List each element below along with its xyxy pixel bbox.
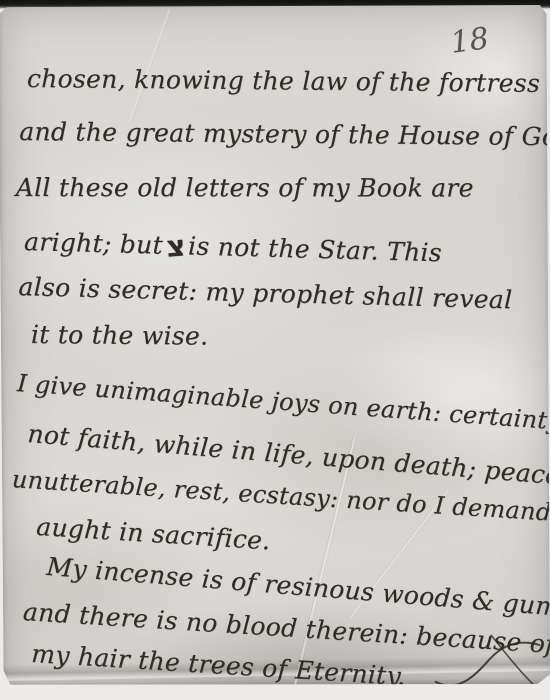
manuscript-photo: 18 chosen, knowing the law of the fortre… (0, 0, 550, 700)
manuscript-paper: 18 chosen, knowing the law of the fortre… (0, 3, 550, 688)
manuscript-line-6: it to the wise. (31, 320, 209, 351)
manuscript-line-3: All these old letters of my Book are (16, 173, 474, 202)
manuscript-line-1: chosen, knowing the law of the fortress (27, 64, 540, 98)
manuscript-line-4-post: is not the Star. This (188, 231, 443, 267)
page-number: 18 (449, 21, 491, 61)
manuscript-line-4-pre: aright; but (24, 227, 164, 260)
manuscript-line-13: my hair the trees of Eternity. (31, 639, 407, 691)
manuscript-line-4: aright; butצis not the Star. This (24, 223, 443, 268)
tzaddi-glyph: צ (162, 228, 190, 264)
manuscript-line-2: and the great mystery of the House of Go… (19, 117, 550, 151)
manuscript-line-5: also is secret: my prophet shall reveal (18, 272, 513, 314)
manuscript-line-10: aught in sacrifice. (36, 512, 272, 555)
